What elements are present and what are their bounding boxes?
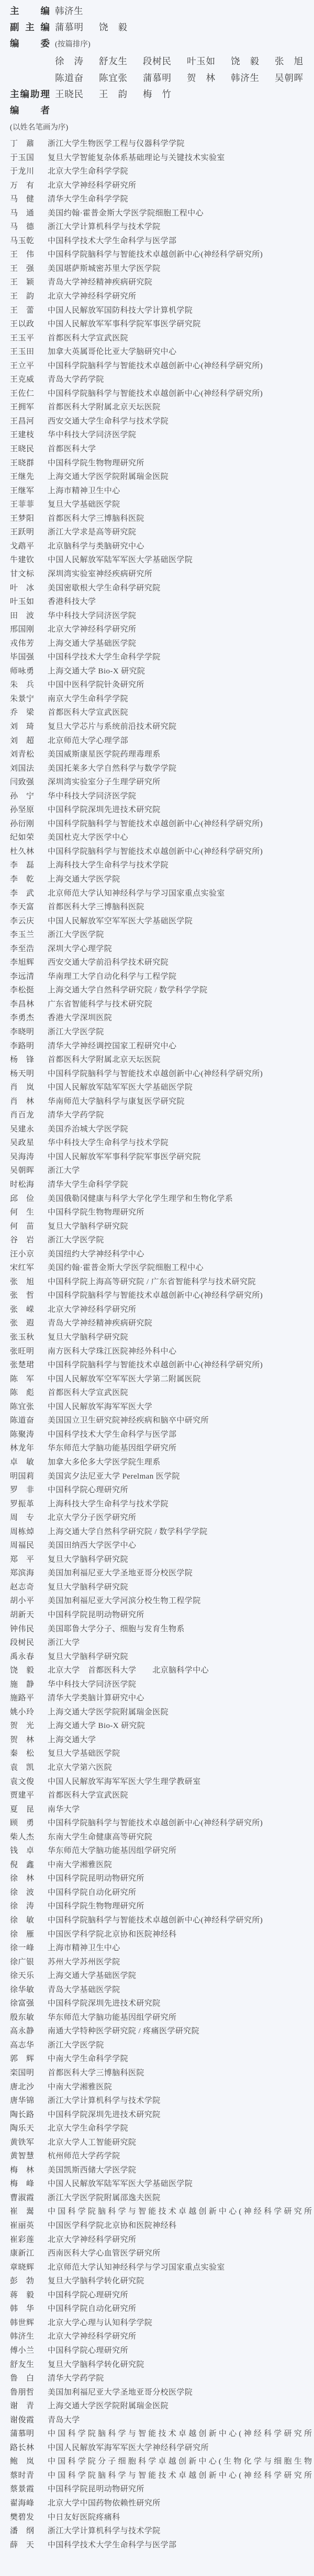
contributor-name: 谢俊霞 bbox=[10, 2414, 34, 2425]
contributor-row: 梅峰 中国人民解放军陆军军医大学基础医学院 bbox=[10, 2178, 314, 2192]
contributor-row: 韩济生 北京大学神经科学研究所 bbox=[10, 2330, 314, 2344]
contributor-affiliation: 美国威斯康星医学院药理毒理系 bbox=[48, 748, 312, 759]
contributor-affiliation: 北京大学 首都医科大学 北京脑科学中心 bbox=[48, 1664, 312, 1675]
contributor-affiliation: 华南理工大学自动化科学与工程学院 bbox=[48, 970, 312, 981]
contributor-affiliation: 浙江大学医学院 bbox=[48, 1234, 312, 1245]
contributor-row: 王韵 北京大学神经科学研究所 bbox=[10, 290, 314, 304]
contributor-affiliation: 青岛大学神经精神疾病研究院 bbox=[48, 1317, 312, 1328]
contributor-name: 马玉乾 bbox=[10, 235, 34, 246]
contributor-affiliation: 浙江大学生物医学工程与仪器科学学院 bbox=[48, 138, 312, 148]
contributor-affiliation: 上海交通大学 Bio-X 研究院 bbox=[48, 1720, 312, 1731]
contributor-row: 周栋焯 上海交通大学自然科学研究院 / 数学科学学院 bbox=[10, 1526, 314, 1540]
contributor-name: 徐华敏 bbox=[10, 1984, 34, 1995]
assistant-editor-name: 王晓民 bbox=[55, 86, 83, 102]
contributor-row: 王颖 青岛大学神经精神疾病研究院 bbox=[10, 276, 314, 290]
contributor-affiliation: 复旦大学脑科学研究院 bbox=[48, 1581, 312, 1592]
contributor-name: 高志华 bbox=[10, 2039, 34, 2050]
contributor-name: 崔彩莲 bbox=[10, 2234, 34, 2245]
contributor-name: 徐广银 bbox=[10, 1956, 34, 1967]
contributor-row: 周专 北京大学分子医学研究所 bbox=[10, 1512, 314, 1526]
contributor-row: 施路平 清华大学类脑计算研究中心 bbox=[10, 1692, 314, 1706]
contributor-affiliation: 美国约翰·霍普金斯大学医学院细胞工程中心 bbox=[48, 1262, 312, 1273]
contributor-name: 杜久林 bbox=[10, 845, 34, 856]
contributor-name: 胡小平 bbox=[10, 1595, 34, 1606]
contributor-affiliation: 华中科技大学同济医学院 bbox=[48, 429, 312, 440]
board-member-name: 徐涛 bbox=[55, 53, 83, 70]
contributor-name: 王蕾 bbox=[10, 304, 34, 315]
deputy-editor-label: 副主编 bbox=[10, 19, 50, 36]
contributor-row: 师咏勇 上海交通大学 Bio-X 研究院 bbox=[10, 665, 314, 679]
contributor-affiliation: 中国科学院自动化研究所 bbox=[48, 2303, 312, 2314]
contributor-affiliation: 浙江大学医学院 bbox=[48, 929, 312, 940]
contributor-row: 刘国法 美国托莱多大学自然科学与数学学院 bbox=[10, 762, 314, 776]
contributor-row: 王克威 青岛大学药学院 bbox=[10, 373, 314, 387]
contributor-row: 郑滨海 美国加利福尼亚大学圣地亚哥分校医学院 bbox=[10, 1567, 314, 1581]
contributor-name: 马德 bbox=[10, 221, 34, 232]
contributor-row: 王伟 中国科学院脑科学与智能技术卓越创新中心(神经科学研究所) bbox=[10, 248, 314, 262]
contributor-row: 贺光 上海交通大学 Bio-X 研究院 bbox=[10, 1720, 314, 1734]
contributor-affiliation: 浙江大学计算机科学与技术学院 bbox=[48, 2525, 312, 2536]
contributor-row: 孙衍刚 中国科学院脑科学与智能技术卓越创新中心(神经科学研究所) bbox=[10, 818, 314, 832]
contributor-affiliation: 北京师范大学认知神经科学与学习国家重点实验室 bbox=[48, 2261, 312, 2272]
contributor-row: 蔡时青 中国科学院脑科学与智能技术卓越创新中心(神经科学研究所 bbox=[10, 2469, 314, 2483]
contributor-affiliation: 美国国立卫生研究院神经疾病和脑卒中研究所 bbox=[48, 1414, 312, 1425]
contributor-name: 明国莉 bbox=[10, 1470, 34, 1481]
contributor-name: 卓敏 bbox=[10, 1456, 34, 1467]
contributor-row: 徐天乐 上海交通大学基础医学院 bbox=[10, 1970, 314, 1984]
contributor-row: 卓敏 加拿大多伦多大学医学院生理系 bbox=[10, 1456, 314, 1470]
contributor-name: 戎伟芳 bbox=[10, 637, 34, 648]
contributor-row: 鲍岚 中国科学院分子细胞科学卓越创新中心(生物化学与细胞生物 bbox=[10, 2455, 314, 2469]
contributor-affiliation: 首都医科大学附属北京天坛医院 bbox=[48, 1054, 312, 1064]
contributor-name: 王以政 bbox=[10, 318, 34, 329]
board-members-row-1: 徐涛舒友生段树民叶玉如饶毅张旭 bbox=[55, 53, 314, 70]
contributor-affiliation: 美国加利福尼亚大学圣地亚哥分校医学院 bbox=[48, 1567, 312, 1578]
contributor-name: 彭勃 bbox=[10, 2275, 34, 2286]
contributor-affiliation: 中国科学院脑科学与智能技术卓越创新中心(神经科学研究所) bbox=[48, 360, 312, 371]
contributor-affiliation: 复旦大学脑科学研究院 bbox=[48, 1331, 312, 1342]
contributor-affiliation: 青岛大学基础医学院 bbox=[48, 1984, 312, 1995]
contributor-row: 王继军 上海市精神卫生中心 bbox=[10, 485, 314, 499]
contributor-affiliation: 北京大学分子医学研究所 bbox=[48, 1512, 312, 1522]
contributor-affiliation: 深圳大学心理学院 bbox=[48, 943, 312, 954]
contributor-row: 郑平 复旦大学脑科学研究院 bbox=[10, 1553, 314, 1567]
contributor-affiliation: 中国科学技术大学生命科学与医学部 bbox=[48, 1428, 312, 1439]
board-member-name: 贺林 bbox=[187, 70, 215, 86]
contributor-row: 赵志奇 复旦大学脑科学研究院 bbox=[10, 1581, 314, 1595]
contributor-affiliation: 美国凯斯西储大学医学院 bbox=[48, 2164, 312, 2175]
contributors-label: 编者 bbox=[10, 102, 50, 119]
contributor-name: 罗振革 bbox=[10, 1498, 34, 1509]
contributor-affiliation: 华中科技大学同济医学院 bbox=[48, 610, 312, 621]
contributor-name: 时松海 bbox=[10, 1178, 34, 1189]
contributor-name: 徐富强 bbox=[10, 1997, 34, 2008]
contributor-row: 吴海涛 中国人民解放军军事科学院军事医学研究院 bbox=[10, 1151, 314, 1165]
contributor-name: 夏昆 bbox=[10, 1803, 34, 1814]
contributor-name: 张楚珺 bbox=[10, 1359, 34, 1370]
contributor-row: 王立平 中国科学院脑科学与智能技术卓越创新中心(神经科学研究所) bbox=[10, 360, 314, 374]
contributor-name: 徐涛 bbox=[10, 1900, 34, 1911]
contributor-row: 马玉乾 中国科学技术大学生命科学与医学部 bbox=[10, 235, 314, 249]
contributor-affiliation: 上海交通大学基础医学院 bbox=[48, 637, 312, 648]
contributor-name: 李玉兰 bbox=[10, 929, 34, 940]
contributor-affiliation: 复旦大学芯片与系统前沿技术研究院 bbox=[48, 720, 312, 731]
contributor-row: 张玉秋 复旦大学脑科学研究院 bbox=[10, 1331, 314, 1345]
contributor-affiliation: 青岛大学神经精神疾病研究院 bbox=[48, 276, 312, 287]
contributor-affiliation: 东南大学生命健康高等研究院 bbox=[48, 1831, 312, 1842]
contributor-affiliation: 浙江大学计算机科学与技术学院 bbox=[48, 2094, 312, 2105]
contributor-affiliation: 中国科学院脑科学与智能技术卓越创新中心(神经科学研究所) bbox=[48, 387, 312, 398]
contributor-affiliation: 上海科技大学生命科学与技术学院 bbox=[48, 1498, 312, 1509]
contributor-name: 陈聚涛 bbox=[10, 1428, 34, 1439]
contributor-name: 刘青松 bbox=[10, 748, 34, 759]
contributor-name: 李至浩 bbox=[10, 943, 34, 954]
contributors-list: 丁鼐 浙江大学生物医学工程与仪器科学学院 于玉国 复旦大学智能复杂体系基础理论与… bbox=[10, 138, 314, 2552]
contributor-name: 李路明 bbox=[10, 1040, 34, 1051]
contributor-row: 李旭辉 西安交通大学前沿科学技术研究院 bbox=[10, 956, 314, 970]
contributor-row: 傅小兰 中国科学院心理研究所 bbox=[10, 2344, 314, 2359]
contributor-name: 肖林 bbox=[10, 1095, 34, 1106]
contributor-row: 蔡景霞 中国科学院昆明动物研究所 bbox=[10, 2483, 314, 2497]
contributor-affiliation: 中国科学院昆明动物研究所 bbox=[48, 2483, 312, 2494]
contributor-affiliation: 西南医科大学心血管医学研究所 bbox=[48, 2247, 312, 2258]
contributor-name: 徐林 bbox=[10, 1872, 34, 1883]
contributor-row: 王佐仁 中国科学院脑科学与智能技术卓越创新中心(神经科学研究所) bbox=[10, 387, 314, 402]
contributor-name: 王拥军 bbox=[10, 401, 34, 412]
contributor-affiliation: 南京大学生命科学学院 bbox=[48, 693, 312, 704]
contributor-affiliation: 复旦大学基础医学院 bbox=[48, 498, 312, 509]
contributor-name: 王韵 bbox=[10, 290, 34, 301]
contributor-affiliation: 中国科学院脑科学与智能技术卓越创新中心(神经科学研究所) bbox=[48, 1068, 312, 1079]
contributor-name: 陈彪 bbox=[10, 1387, 34, 1398]
contributor-name: 李乾 bbox=[10, 873, 34, 884]
contributor-affiliation: 青岛大学 bbox=[48, 2414, 312, 2425]
contributor-row: 康新江 西南医科大学心血管医学研究所 bbox=[10, 2247, 314, 2261]
contributor-row: 柴人杰 东南大学生命健康高等研究院 bbox=[10, 1831, 314, 1845]
contributor-affiliation: 加拿大多伦多大学医学院生理系 bbox=[48, 1456, 312, 1467]
contributor-row: 于龙川 北京大学生命科学学院 bbox=[10, 165, 314, 179]
contributor-affiliation: 北京大学人工智能研究院 bbox=[48, 2136, 312, 2147]
contributor-affiliation: 美国托莱多大学自然科学与数学学院 bbox=[48, 762, 312, 773]
contributor-affiliation: 中国人民解放军空军军医大学基础医学院 bbox=[48, 915, 312, 926]
contributor-name: 蒋毅 bbox=[10, 2289, 34, 2300]
contributor-name: 汪小京 bbox=[10, 1248, 34, 1259]
contributor-row: 杨天明 中国科学院脑科学与智能技术卓越创新中心(神经科学研究所) bbox=[10, 1068, 314, 1082]
contributor-name: 丁鼐 bbox=[10, 138, 34, 148]
contributor-affiliation: 上海交通大学医学院附属瑞金医院 bbox=[48, 2400, 312, 2411]
contributor-name: 栾国明 bbox=[10, 2067, 34, 2078]
contributor-row: 何生 中国科学院生物物理研究所 bbox=[10, 1206, 314, 1220]
contributor-name: 翟海峰 bbox=[10, 2497, 34, 2508]
contributor-affiliation: 北京师范大学心理学部 bbox=[48, 735, 312, 746]
contributor-affiliation: 北京大学生命科学学院 bbox=[48, 2122, 312, 2133]
contributor-name: 戈鹉平 bbox=[10, 540, 34, 551]
contributor-row: 唐华锦 浙江大学计算机科学与技术学院 bbox=[10, 2094, 314, 2109]
contributor-affiliation: 美国宾夕法尼亚大学 Perelman 医学院 bbox=[48, 1470, 312, 1481]
contributor-affiliation: 上海交通大学医学院附属瑞金医院 bbox=[48, 1706, 312, 1717]
contributor-name: 毕国强 bbox=[10, 651, 34, 662]
contributor-name: 曹淑霞 bbox=[10, 2192, 34, 2203]
contributor-row: 徐波 中国科学院自动化研究所 bbox=[10, 1886, 314, 1900]
contributor-name: 孙衍刚 bbox=[10, 818, 34, 829]
contributor-row: 吴政星 华中科技大学生命科学与技术学院 bbox=[10, 1137, 314, 1151]
contributor-row: 纪如荣 美国杜克大学医学中心 bbox=[10, 831, 314, 845]
deputy-editor-row: 副主编 蒲慕明饶毅 bbox=[10, 19, 314, 36]
contributor-row: 张嵘 北京大学神经科学研究所 bbox=[10, 1303, 314, 1318]
contributor-name: 乔梁 bbox=[10, 706, 34, 717]
contributor-name: 周栋焯 bbox=[10, 1526, 34, 1537]
contributor-name: 黄智慧 bbox=[10, 2150, 34, 2161]
contributor-row: 韩华 中国科学院自动化研究所 bbox=[10, 2303, 314, 2317]
contributor-affiliation: 浙江大学医学院 bbox=[48, 1026, 312, 1037]
contributor-name: 师咏勇 bbox=[10, 665, 34, 676]
contributor-affiliation: 首都医科大学宣武医院 bbox=[48, 1789, 312, 1800]
contributor-affiliation: 北京大学神经科学研究所 bbox=[48, 290, 312, 301]
contributor-name: 李天富 bbox=[10, 901, 34, 912]
board-sort-note: (按篇排序) bbox=[55, 37, 91, 53]
contributor-name: 林龙年 bbox=[10, 1442, 34, 1453]
contributor-affiliation: 中国科学院心理研究所 bbox=[48, 1484, 312, 1495]
contributor-row: 王建枝 华中科技大学同济医学院 bbox=[10, 429, 314, 443]
contributor-row: 李乾 上海交通大学医学院 bbox=[10, 873, 314, 887]
contributor-affiliation: 中国科学技术大学生命科学与医学部 bbox=[48, 2539, 312, 2550]
contributor-affiliation: 上海交通大学医学院附属瑞金医院 bbox=[48, 471, 312, 482]
contributor-name: 施静 bbox=[10, 1678, 34, 1689]
contributor-name: 王继军 bbox=[10, 485, 34, 496]
contributor-affiliation: 首都医科大学三博脑科医院 bbox=[48, 2067, 312, 2078]
assistant-editor-names: 王晓民王韵梅竹 bbox=[55, 86, 171, 102]
contributor-row: 牛建钦 中国人民解放军陆军军医大学基础医学院 bbox=[10, 554, 314, 568]
board-members-row-2: 陈道奋陈宜张蒲慕明贺林韩济生吴朝晖 bbox=[55, 70, 314, 86]
contributor-name: 李云庆 bbox=[10, 915, 34, 926]
contributor-name: 于玉国 bbox=[10, 152, 34, 163]
contributor-affiliation: 南华大学 bbox=[48, 1803, 312, 1814]
contributor-affiliation: 中国科学院脑科学与智能技术卓越创新中心(神经科学研究所) bbox=[48, 1914, 312, 1925]
contributor-affiliation: 中国科学院自动化研究所 bbox=[48, 1886, 312, 1897]
contributor-name: 韩世辉 bbox=[10, 2317, 34, 2328]
contributor-name: 王继先 bbox=[10, 471, 34, 482]
contributor-name: 唐北沙 bbox=[10, 2081, 34, 2092]
contributor-row: 邱俭 美国俄勒冈健康与科学大学化学生理学和生物化学系 bbox=[10, 1193, 314, 1207]
contributor-row: 王梦阳 首都医科大学三博脑科医院 bbox=[10, 512, 314, 526]
contributor-row: 李晓明 浙江大学医学院 bbox=[10, 1026, 314, 1040]
contributor-affiliation: 清华大学药学院 bbox=[48, 2372, 312, 2383]
contributor-name: 李旭辉 bbox=[10, 956, 34, 967]
board-member-name: 陈道奋 bbox=[55, 70, 83, 86]
contributor-affiliation: 美国田纳西大学医学中心 bbox=[48, 1539, 312, 1550]
contributor-name: 闫致强 bbox=[10, 776, 34, 787]
contributor-name: 周福民 bbox=[10, 1539, 34, 1550]
contributor-row: 李武 北京师范大学认知神经科学与学习国家重点实验室 bbox=[10, 887, 314, 901]
contributor-row: 马健 清华大学生命科学学院 bbox=[10, 193, 314, 207]
contributor-name: 王立平 bbox=[10, 360, 34, 371]
contributor-affiliation: 中国科学院生物物理研究所 bbox=[48, 1900, 312, 1911]
contributor-row: 姚小玲 上海交通大学医学院附属瑞金医院 bbox=[10, 1706, 314, 1720]
contributor-name: 刘国法 bbox=[10, 762, 34, 773]
contributor-name: 王跃明 bbox=[10, 526, 34, 537]
contributor-name: 袁文俊 bbox=[10, 1776, 34, 1787]
contributor-affiliation: 中国科学院脑科学与智能技术卓越创新中心(神经科学研究所) bbox=[48, 1359, 312, 1370]
contributor-name: 吴海涛 bbox=[10, 1151, 34, 1162]
contributor-affiliation: 清华大学神经调控国家工程研究中心 bbox=[48, 1040, 312, 1051]
contributor-name: 张玉秋 bbox=[10, 1331, 34, 1342]
contributor-name: 贾建平 bbox=[10, 1789, 34, 1800]
contributor-row: 胡新天 中国科学院昆明动物研究所 bbox=[10, 1609, 314, 1623]
contributor-name: 叶冰 bbox=[10, 582, 34, 593]
contributor-row: 戈鹉平 北京脑科学与类脑研究中心 bbox=[10, 540, 314, 554]
contributor-row: 肖岚 中国人民解放军陆军军医大学基础医学院 bbox=[10, 1081, 314, 1095]
contributor-name: 王佐仁 bbox=[10, 387, 34, 398]
contributor-name: 赵志奇 bbox=[10, 1581, 34, 1592]
contributor-affiliation: 清华大学生命科学学院 bbox=[48, 193, 312, 204]
chief-editor-name: 韩济生 bbox=[55, 3, 83, 19]
contributor-affiliation: 中国科学院脑科学与智能技术卓越创新中心(神经科学研究所) bbox=[48, 1817, 312, 1828]
contributor-name: 徐敏 bbox=[10, 1914, 34, 1925]
deputy-editor-names: 蒲慕明饶毅 bbox=[55, 19, 127, 36]
contributor-affiliation: 首都医科大学三博脑科医院 bbox=[48, 512, 312, 523]
contributor-row: 李松挺 上海交通大学自然科学研究院 / 数学科学学院 bbox=[10, 984, 314, 998]
contributor-row: 顾勇 中国科学院脑科学与智能技术卓越创新中心(神经科学研究所) bbox=[10, 1817, 314, 1831]
contributor-affiliation: 上海科技大学生命科学与技术学院 bbox=[48, 859, 312, 870]
contributor-name: 鲍岚 bbox=[10, 2455, 34, 2466]
contributor-row: 袁文俊 中国人民解放军海军军医大学生理学教研室 bbox=[10, 1776, 314, 1790]
contributor-row: 王昌河 西安交通大学生命科学与技术学院 bbox=[10, 415, 314, 429]
contributor-affiliation: 中国科学院昆明动物研究所 bbox=[48, 1609, 312, 1620]
contributor-row: 邢国刚 北京大学神经科学研究所 bbox=[10, 623, 314, 637]
contributor-name: 吴政星 bbox=[10, 1137, 34, 1148]
contributor-affiliation: 广东省智能科学与技术研究院 bbox=[48, 998, 312, 1009]
contributor-affiliation: 中国人民解放军海军军医大学神经科学研究所 bbox=[48, 2442, 312, 2453]
contributor-affiliation: 中国科学院深圳先进技术研究院 bbox=[48, 804, 312, 815]
contributor-name: 王晓民 bbox=[10, 443, 34, 454]
contributor-affiliation: 中国医学科学院北京协和医院神经科 bbox=[48, 2219, 312, 2230]
board-label: 编委 bbox=[10, 36, 50, 52]
contributor-name: 施路平 bbox=[10, 1692, 34, 1703]
contributor-name: 王强 bbox=[10, 262, 34, 273]
contributor-affiliation: 浙江大学求是高等研究院 bbox=[48, 526, 312, 537]
contributor-row: 袁凯 北京大学第六医院 bbox=[10, 1761, 314, 1776]
contributor-name: 秦松 bbox=[10, 1747, 34, 1758]
contributor-affiliation: 南通大学特种医学研究院 / 疼痛医学研究院 bbox=[48, 2025, 312, 2036]
contributor-name: 李松挺 bbox=[10, 984, 34, 995]
contributor-affiliation: 中国科学院上海高等研究院 / 广东省智能科学与技术研究院 bbox=[48, 1276, 312, 1287]
contributor-affiliation: 中国科学技术大学生命科学学院 bbox=[48, 651, 312, 662]
contributor-name: 高永静 bbox=[10, 2025, 34, 2036]
contributor-row: 林龙年 华东师范大学脑功能基因组学研究所 bbox=[10, 1442, 314, 1456]
contributor-row: 徐雁 中国医学科学院北京协和医院神经科 bbox=[10, 1928, 314, 1942]
contributor-name: 叶玉如 bbox=[10, 596, 34, 606]
contributor-row: 戎伟芳 上海交通大学基础医学院 bbox=[10, 637, 314, 651]
contributor-row: 韩世辉 北京大学心理与认知科学学院 bbox=[10, 2317, 314, 2331]
contributor-affiliation: 清华大学药学院 bbox=[48, 1109, 312, 1120]
contributor-row: 谢俊霞 青岛大学 bbox=[10, 2414, 314, 2428]
contributor-affiliation: 华中科技大学同济医学院 bbox=[48, 790, 312, 801]
contributor-affiliation: 中南大学湘雅医院 bbox=[48, 2081, 312, 2092]
contributor-name: 肖岚 bbox=[10, 1081, 34, 1092]
contributor-row: 肖百龙 清华大学药学院 bbox=[10, 1109, 314, 1123]
contributor-name: 杨锋 bbox=[10, 1054, 34, 1064]
contributor-row: 谢青 上海交通大学医学院附属瑞金医院 bbox=[10, 2400, 314, 2414]
contributor-name: 邢国刚 bbox=[10, 623, 34, 634]
contributor-row: 路长林 中国人民解放军海军军医大学神经科学研究所 bbox=[10, 2442, 314, 2456]
contributor-affiliation: 北京大学第六医院 bbox=[48, 1761, 312, 1772]
contributor-affiliation: 中国人民解放军陆军军医大学基础医学院 bbox=[48, 1081, 312, 1092]
contributor-affiliation: 华中科技大学同济医学院 bbox=[48, 1678, 312, 1689]
contributor-affiliation: 中国科学院脑科学与智能技术卓越创新中心(神经科学研究所 bbox=[48, 2469, 312, 2480]
contributor-name: 万有 bbox=[10, 179, 34, 190]
contributor-affiliation: 清华大学类脑计算研究中心 bbox=[48, 1692, 312, 1703]
contributor-affiliation: 美国加利福尼亚大学河滨分校生物工程学院 bbox=[48, 1595, 312, 1606]
contributor-row: 马通 美国约翰·霍普金斯大学医学院细胞工程中心 bbox=[10, 207, 314, 221]
contributor-row: 蒲慕明 中国科学院脑科学与智能技术卓越创新中心(神经科学研究所 bbox=[10, 2428, 314, 2442]
contributor-affiliation: 中国人民解放军海军军医大学 bbox=[48, 1401, 312, 1412]
contributor-name: 吴朝晖 bbox=[10, 1164, 34, 1175]
contributor-row: 章晓辉 北京师范大学认知神经科学与学习国家重点实验室 bbox=[10, 2261, 314, 2275]
contributor-row: 王继先 上海交通大学医学院附属瑞金医院 bbox=[10, 471, 314, 485]
contributor-affiliation: 苏州大学苏州医学院 bbox=[48, 1956, 312, 1967]
contributor-row: 王玉田 加拿大英属哥伦比亚大学脑研究中心 bbox=[10, 346, 314, 360]
contributor-row: 崔翯 中国科学院脑科学与智能技术卓越创新中心(神经科学研究所 bbox=[10, 2205, 314, 2219]
contributor-affiliation: 中国科学院脑科学与智能技术卓越创新中心(神经科学研究所) bbox=[48, 845, 312, 856]
contributor-name: 刘琦 bbox=[10, 720, 34, 731]
contributor-name: 郑滨海 bbox=[10, 1567, 34, 1578]
editors-page: 主编 韩济生 副主编 蒲慕明饶毅 编委 (按篇排序) 徐涛舒友生段树民叶玉如饶毅… bbox=[0, 0, 314, 2552]
contributor-row: 舒友生 复旦大学脑科学转化研究院 bbox=[10, 2359, 314, 2373]
contributor-name: 李昌林 bbox=[10, 998, 34, 1009]
contributor-row: 翟海峰 北京大学中国药物依赖性研究所 bbox=[10, 2497, 314, 2511]
contributor-name: 薛天 bbox=[10, 2539, 34, 2550]
contributor-name: 姚小玲 bbox=[10, 1706, 34, 1717]
contributor-name: 胡新天 bbox=[10, 1609, 34, 1620]
contributor-name: 崔丽英 bbox=[10, 2219, 34, 2230]
contributor-affiliation: 中国科学技术大学生命科学与医学部 bbox=[48, 235, 312, 246]
chief-editor-label: 主编 bbox=[10, 3, 50, 19]
contributor-name: 肖百龙 bbox=[10, 1109, 34, 1120]
contributor-name: 蒲慕明 bbox=[10, 2428, 34, 2438]
contributor-row: 李磊 上海科技大学生命科学与技术学院 bbox=[10, 859, 314, 873]
contributor-row: 闫致强 深圳湾实验室分子生理学研究所 bbox=[10, 776, 314, 790]
contributor-row: 梅林 美国凯斯西储大学医学院 bbox=[10, 2164, 314, 2178]
contributor-row: 禹永春 复旦大学脑科学研究院 bbox=[10, 1651, 314, 1665]
contributor-name: 顾勇 bbox=[10, 1817, 34, 1828]
contributor-name: 纪如荣 bbox=[10, 831, 34, 842]
contributor-name: 王玉田 bbox=[10, 346, 34, 357]
contributor-row: 张旺明 南方医科大学珠江医院神经外科中心 bbox=[10, 1345, 314, 1359]
contributor-affiliation: 浙江大学计算机科学与技术学院 bbox=[48, 221, 312, 232]
contributor-name: 于龙川 bbox=[10, 165, 34, 176]
contributor-affiliation: 浙江大学医学院附属邵逸夫医院 bbox=[48, 2192, 312, 2203]
contributor-row: 甘文标 深圳湾实验室神经疾病研究所 bbox=[10, 568, 314, 582]
contributor-row: 高志华 浙江大学医学院 bbox=[10, 2039, 314, 2053]
contributor-name: 蔡时青 bbox=[10, 2469, 34, 2480]
contributor-name: 孙宁 bbox=[10, 790, 34, 801]
chief-editor-row: 主编 韩济生 bbox=[10, 3, 314, 19]
contributor-name: 殷东敏 bbox=[10, 2011, 34, 2022]
contributor-row: 黄铁军 北京大学人工智能研究院 bbox=[10, 2136, 314, 2150]
contributor-row: 李至浩 深圳大学心理学院 bbox=[10, 943, 314, 957]
contributor-name: 王颖 bbox=[10, 276, 34, 287]
contributor-name: 崔翯 bbox=[10, 2205, 34, 2216]
contributor-row: 王晓群 中国科学院生物物理研究所 bbox=[10, 457, 314, 471]
contributor-name: 梅林 bbox=[10, 2164, 34, 2175]
contributor-row: 黄智慧 杭州师范大学药学院 bbox=[10, 2150, 314, 2164]
contributor-name: 田波 bbox=[10, 610, 34, 621]
contributor-row: 徐华敏 青岛大学基础医学院 bbox=[10, 1984, 314, 1998]
contributor-row: 张遐 青岛大学神经精神疾病研究院 bbox=[10, 1317, 314, 1331]
contributor-row: 曹淑霞 浙江大学医学院附属邵逸夫医院 bbox=[10, 2192, 314, 2206]
contributor-affiliation: 美国纽约大学神经科学中心 bbox=[48, 1248, 312, 1259]
board-member-name: 蒲慕明 bbox=[143, 70, 171, 86]
